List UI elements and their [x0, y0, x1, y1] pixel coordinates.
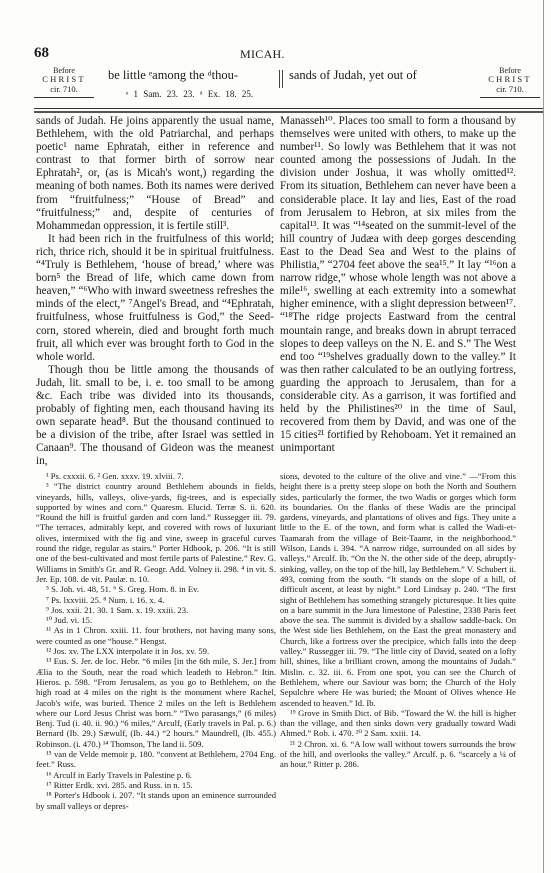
verse-text-left: be little ᵉamong the ᵈthou- — [108, 68, 238, 83]
date-margin-left: Before CHRIST cir. 710. — [34, 66, 94, 98]
date-christ: CHRIST — [480, 75, 540, 84]
footnote: ⁵ S. Joh. vi. 48, 51. ⁶ S. Greg. Hom. 8.… — [36, 584, 276, 594]
date-margin-right: Before CHRIST cir. 710. — [480, 66, 540, 98]
margin-references: ᵉ 1 Sam. 23. 23. ᵈ Ex. 18. 25. — [126, 89, 253, 99]
footnote: ²¹ 2 Chron. xi. 6. “A low wall without t… — [280, 739, 516, 770]
commentary-left-column: sands of Judah. He joins apparently the … — [36, 115, 274, 469]
verse-text-right: sands of Judah, yet out of — [289, 68, 417, 83]
running-head: MICAH. — [240, 47, 285, 62]
footnote: ¹⁵ van de Velde memoir p. 180. “convent … — [36, 749, 276, 770]
book-page: 68 MICAH. Before CHRIST cir. 710. Before… — [0, 0, 551, 873]
footnotes-right: sions, devoted to the culture of the oli… — [280, 471, 516, 770]
commentary-paragraph: Manasseh¹⁰. Places too small to form a t… — [280, 115, 516, 455]
footnote: sions, devoted to the culture of the oli… — [280, 471, 516, 708]
commentary-right-column: Manasseh¹⁰. Places too small to form a t… — [280, 115, 516, 455]
footnote: ¹⁸ Porter's Hdbook i. 207. “It stands up… — [36, 790, 276, 811]
footnote: ¹¹ As in 1 Chron. xxiii. 11. four brothe… — [36, 625, 276, 646]
footnote: ¹ Ps. cxxxii. 6. ² Gen. xxxv. 19. xlviii… — [36, 471, 276, 481]
footnote: ¹³ Eus. S. Jer. de loc. Hebr. “6 miles [… — [36, 656, 276, 749]
date-circa: cir. 710. — [480, 84, 540, 98]
footnote: ¹² Jos. xv. The LXX interpolate it in Jo… — [36, 646, 276, 656]
header-rule-double — [34, 111, 543, 113]
commentary-paragraph: It had been rich in the fruitfulness of … — [36, 233, 274, 364]
verse-divider — [279, 70, 283, 88]
footnote: ⁹ Jos. xxii. 21. 30. 1 Sam. x. 19. xxiii… — [36, 605, 276, 615]
footnote: ³ “The district country around Bethlehem… — [36, 481, 276, 584]
footnotes-left: ¹ Ps. cxxxii. 6. ² Gen. xxxv. 19. xlviii… — [36, 471, 276, 811]
footnote: ¹⁹ Grove in Smith Dict. of Bib. “Toward … — [280, 708, 516, 739]
commentary-paragraph: sands of Judah. He joins apparently the … — [36, 115, 274, 233]
footnote: ⁷ Ps. lxxviii. 25. ⁸ Num. i. 16. x. 4. — [36, 595, 276, 605]
commentary-paragraph: Though thou be little among the thousand… — [36, 364, 274, 469]
footnote: ¹⁷ Ritter Erdk. xvi. 285. and Russ. in n… — [36, 780, 276, 790]
header-rule — [34, 108, 543, 109]
page-edge — [543, 0, 544, 873]
page-number: 68 — [34, 45, 49, 62]
footnote: ¹⁶ Arculf in Early Travels in Palestine … — [36, 770, 276, 780]
date-circa: cir. 710. — [34, 84, 94, 98]
date-christ: CHRIST — [34, 75, 94, 84]
footnote: ¹⁰ Jud. vi. 15. — [36, 615, 276, 625]
